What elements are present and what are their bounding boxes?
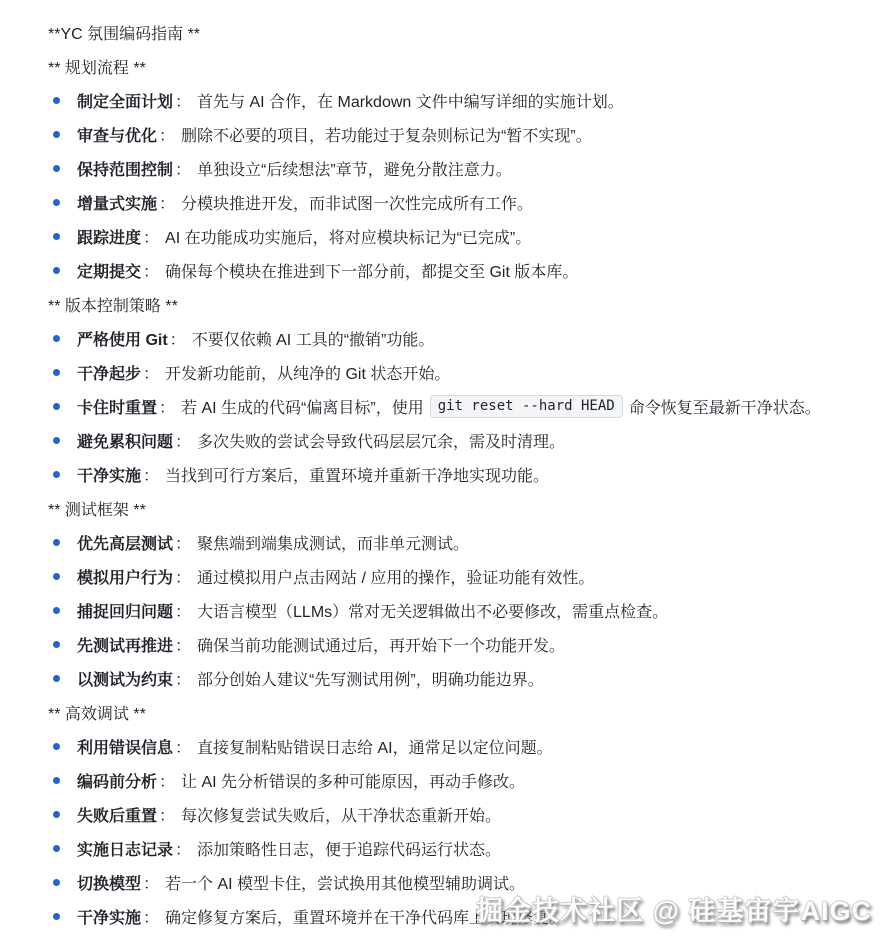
item-label: 保持范围控制 <box>77 157 173 180</box>
item-colon: ： <box>175 429 191 452</box>
item-colon: ： <box>175 157 191 180</box>
item-colon: ： <box>159 191 175 214</box>
list-item: 编码前分析：让 AI 先分析错误的多种可能原因，再动手修改。 <box>48 763 874 797</box>
bullet-icon <box>53 913 60 920</box>
bullet-icon <box>53 437 60 444</box>
bullet-icon <box>53 471 60 478</box>
item-text: 直接复制粘贴错误日志给 AI，通常足以定位问题。 <box>197 735 553 758</box>
bullet-icon <box>53 131 60 138</box>
list-item: 增量式实施：分模块推进开发，而非试图一次性完成所有工作。 <box>48 185 874 219</box>
item-text: 命令恢复至最新干净状态。 <box>629 395 821 418</box>
item-label: 实施日志记录 <box>77 837 173 860</box>
bullet-icon <box>53 267 60 274</box>
item-colon: ： <box>175 89 191 112</box>
item-label: 利用错误信息 <box>77 735 173 758</box>
bullet-icon <box>53 165 60 172</box>
list-item: 模拟用户行为：通过模拟用户点击网站 / 应用的操作，验证功能有效性。 <box>48 559 874 593</box>
item-label: 切换模型 <box>77 871 141 894</box>
list-item: 保持范围控制：单独设立“后续想法”章节，避免分散注意力。 <box>48 151 874 185</box>
list-item: 审查与优化：删除不必要的项目，若功能过于复杂则标记为“暂不实现”。 <box>48 117 874 151</box>
section-heading: ** 高效调试 ** <box>48 695 874 729</box>
list-item: 捕捉回归问题：大语言模型（LLMs）常对无关逻辑做出不必要修改，需重点检查。 <box>48 593 874 627</box>
item-text: 让 AI 先分析错误的多种可能原因，再动手修改。 <box>181 769 525 792</box>
list-item: 严格使用 Git：不要仅依赖 AI 工具的“撤销”功能。 <box>48 321 874 355</box>
item-label: 审查与优化 <box>77 123 157 146</box>
inline-code: git reset --hard HEAD <box>430 395 623 418</box>
bullet-icon <box>53 539 60 546</box>
bullet-icon <box>53 675 60 682</box>
item-colon: ： <box>175 735 191 758</box>
list-item: 制定全面计划：首先与 AI 合作，在 Markdown 文件中编写详细的实施计划… <box>48 83 874 117</box>
list-item: 干净起步：开发新功能前，从纯净的 Git 状态开始。 <box>48 355 874 389</box>
list-item: 先测试再推进：确保当前功能测试通过后，再开始下一个功能开发。 <box>48 627 874 661</box>
item-text: AI 在功能成功实施后，将对应模块标记为“已完成”。 <box>165 225 531 248</box>
item-text: 通过模拟用户点击网站 / 应用的操作，验证功能有效性。 <box>197 565 594 588</box>
bullet-icon <box>53 743 60 750</box>
item-label: 跟踪进度 <box>77 225 141 248</box>
bullet-icon <box>53 607 60 614</box>
item-colon: ： <box>143 905 159 928</box>
list-item: 优先高层测试：聚焦端到端集成测试，而非单元测试。 <box>48 525 874 559</box>
item-colon: ： <box>143 225 159 248</box>
item-label: 以测试为约束 <box>77 667 173 690</box>
item-colon: ： <box>143 463 159 486</box>
item-text: 删除不必要的项目，若功能过于复杂则标记为“暂不实现”。 <box>181 123 592 146</box>
item-colon: ： <box>170 327 186 350</box>
bullet-icon <box>53 335 60 342</box>
item-text: 首先与 AI 合作，在 Markdown 文件中编写详细的实施计划。 <box>197 89 624 112</box>
item-text: 大语言模型（LLMs）常对无关逻辑做出不必要修改，需重点检查。 <box>197 599 668 622</box>
item-colon: ： <box>159 123 175 146</box>
list-item: 以测试为约束：部分创始人建议“先写测试用例”，明确功能边界。 <box>48 661 874 695</box>
bullet-icon <box>53 641 60 648</box>
list-item: 干净实施：确定修复方案后，重置环境并在干净代码库上实现修复。 <box>48 899 874 933</box>
list-item: 卡住时重置：若 AI 生成的代码“偏离目标”，使用git reset --har… <box>48 389 874 423</box>
item-label: 编码前分析 <box>77 769 157 792</box>
section-heading: ** 规划流程 ** <box>48 49 874 83</box>
item-colon: ： <box>159 803 175 826</box>
item-text: 确保当前功能测试通过后，再开始下一个功能开发。 <box>197 633 565 656</box>
item-text: 添加策略性日志，便于追踪代码运行状态。 <box>197 837 501 860</box>
item-label: 严格使用 Git <box>77 327 168 350</box>
bullet-icon <box>53 369 60 376</box>
item-text: 分模块推进开发，而非试图一次性完成所有工作。 <box>181 191 533 214</box>
bullet-icon <box>53 879 60 886</box>
item-label: 干净实施 <box>77 905 141 928</box>
item-label: 增量式实施 <box>77 191 157 214</box>
bullet-icon <box>53 811 60 818</box>
list-item: 切换模型：若一个 AI 模型卡住，尝试换用其他模型辅助调试。 <box>48 865 874 899</box>
list-item: 干净实施：当找到可行方案后，重置环境并重新干净地实现功能。 <box>48 457 874 491</box>
bullet-icon <box>53 403 60 410</box>
item-text: 确保每个模块在推进到下一部分前，都提交至 Git 版本库。 <box>165 259 578 282</box>
item-text: 多次失败的尝试会导致代码层层冗余，需及时清理。 <box>197 429 565 452</box>
list-item: 实施日志记录：添加策略性日志，便于追踪代码运行状态。 <box>48 831 874 865</box>
bullet-icon <box>53 233 60 240</box>
item-colon: ： <box>175 599 191 622</box>
list-item: 避免累积问题：多次失败的尝试会导致代码层层冗余，需及时清理。 <box>48 423 874 457</box>
list-item: 利用错误信息：直接复制粘贴错误日志给 AI，通常足以定位问题。 <box>48 729 874 763</box>
item-label: 定期提交 <box>77 259 141 282</box>
item-label: 卡住时重置 <box>77 395 157 418</box>
item-label: 优先高层测试 <box>77 531 173 554</box>
item-colon: ： <box>175 837 191 860</box>
item-label: 捕捉回归问题 <box>77 599 173 622</box>
item-colon: ： <box>159 395 175 418</box>
item-label: 干净实施 <box>77 463 141 486</box>
item-colon: ： <box>143 871 159 894</box>
item-label: 失败后重置 <box>77 803 157 826</box>
list-item: 失败后重置：每次修复尝试失败后，从干净状态重新开始。 <box>48 797 874 831</box>
item-colon: ： <box>159 769 175 792</box>
bullet-icon <box>53 97 60 104</box>
item-colon: ： <box>175 565 191 588</box>
item-colon: ： <box>175 667 191 690</box>
item-text: 当找到可行方案后，重置环境并重新干净地实现功能。 <box>165 463 549 486</box>
document-title: **YC 氛围编码指南 ** <box>48 15 874 49</box>
item-text: 若 AI 生成的代码“偏离目标”，使用 <box>181 395 424 418</box>
item-colon: ： <box>143 259 159 282</box>
item-text: 每次修复尝试失败后，从干净状态重新开始。 <box>181 803 501 826</box>
item-label: 制定全面计划 <box>77 89 173 112</box>
item-text: 聚焦端到端集成测试，而非单元测试。 <box>197 531 469 554</box>
item-label: 模拟用户行为 <box>77 565 173 588</box>
item-text: 若一个 AI 模型卡住，尝试换用其他模型辅助调试。 <box>165 871 525 894</box>
bullet-icon <box>53 573 60 580</box>
item-text: 开发新功能前，从纯净的 Git 状态开始。 <box>165 361 450 384</box>
item-colon: ： <box>175 633 191 656</box>
item-text: 确定修复方案后，重置环境并在干净代码库上实现修复。 <box>165 905 565 928</box>
document-body: **YC 氛围编码指南 ** ** 规划流程 **制定全面计划：首先与 AI 合… <box>0 0 894 933</box>
item-colon: ： <box>143 361 159 384</box>
item-label: 先测试再推进 <box>77 633 173 656</box>
section-heading: ** 测试框架 ** <box>48 491 874 525</box>
item-text: 不要仅依赖 AI 工具的“撤销”功能。 <box>192 327 435 350</box>
section-heading: ** 版本控制策略 ** <box>48 287 874 321</box>
list-item: 跟踪进度：AI 在功能成功实施后，将对应模块标记为“已完成”。 <box>48 219 874 253</box>
list-item: 定期提交：确保每个模块在推进到下一部分前，都提交至 Git 版本库。 <box>48 253 874 287</box>
item-label: 干净起步 <box>77 361 141 384</box>
item-colon: ： <box>175 531 191 554</box>
bullet-icon <box>53 777 60 784</box>
item-text: 单独设立“后续想法”章节，避免分散注意力。 <box>197 157 512 180</box>
item-text: 部分创始人建议“先写测试用例”，明确功能边界。 <box>197 667 544 690</box>
bullet-icon <box>53 199 60 206</box>
bullet-icon <box>53 845 60 852</box>
item-label: 避免累积问题 <box>77 429 173 452</box>
